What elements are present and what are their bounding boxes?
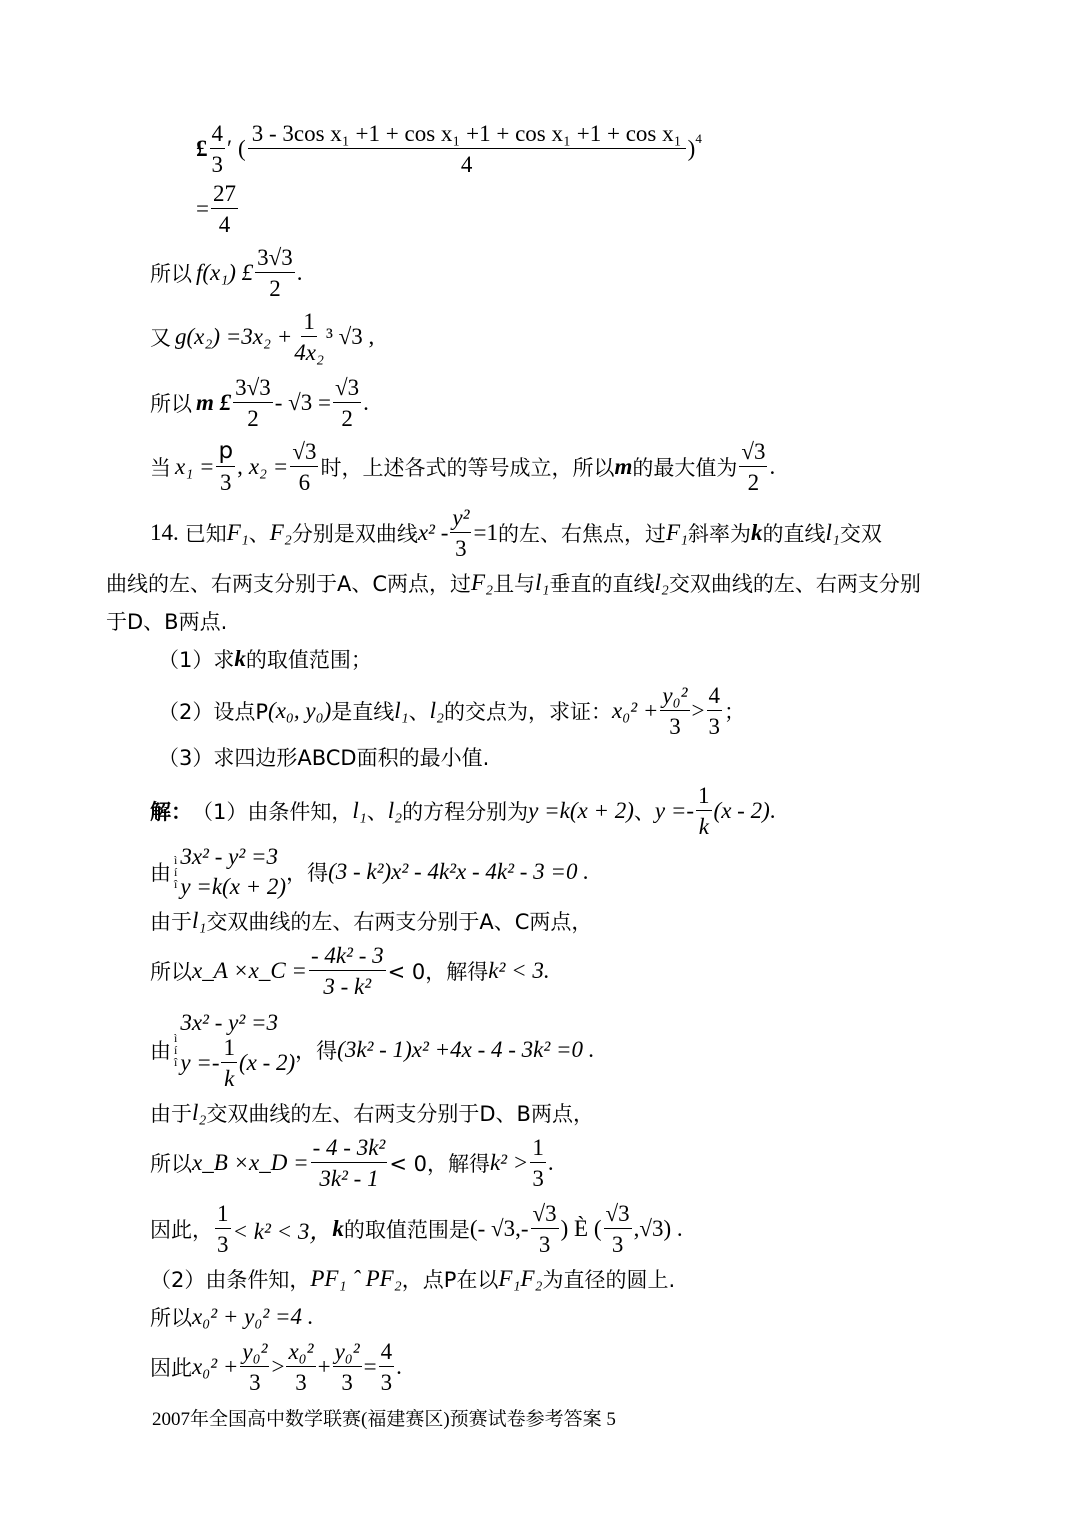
expr: (x - 2) — [714, 798, 770, 824]
inequality-line-1: £ 43 ′ ( 3 - 3cos x₁ +1 + cos x₁ +1 + co… — [196, 122, 702, 176]
m-bound: 所以 m £ 3√32 - √3 = √32 . — [150, 376, 369, 430]
var: F₂ — [471, 570, 493, 596]
expr: y =- — [655, 798, 694, 824]
problem-14-line-2: 曲线的左、右两支分别于A、C两点，过 F₂ 且与 l₁ 垂直的直线 l₂ 交双曲… — [106, 568, 921, 598]
question-3: （3）求四边形ABCD面积的最小值. — [158, 742, 489, 772]
fraction: 3√32 — [233, 376, 273, 430]
text: 且与 — [493, 568, 535, 598]
text: < 0，解得 — [389, 1148, 490, 1178]
close-paren: ) — [688, 136, 696, 162]
plus: + — [318, 1354, 331, 1380]
var: l₂ — [388, 798, 402, 824]
solution-part-1: 解： （1）由条件知， l₁ 、 l₂ 的方程分别为 y =k(x + 2) 、… — [150, 784, 775, 838]
var: l₁ — [192, 908, 206, 934]
text: 的交点为，求证： — [444, 696, 612, 726]
expr: (x₀, y₀) — [268, 698, 331, 724]
text: （3）求四边形ABCD面积的最小值. — [158, 742, 489, 772]
fraction: y²3 — [450, 506, 471, 560]
text: 为直径的圆上. — [543, 1264, 676, 1294]
text: 所以 — [150, 258, 192, 288]
expr: x² - — [418, 520, 449, 546]
fraction: 14x₂ — [294, 310, 324, 364]
expr: ,√3) . — [634, 1216, 683, 1242]
expr: < k² < 3， — [233, 1213, 333, 1246]
var: l₂ — [192, 1100, 206, 1126]
text: 所以 — [150, 1302, 192, 1332]
text: 时，上述各式的等号成立，所以 — [320, 452, 614, 482]
text: 、 — [367, 796, 388, 826]
system-1: 由 ìíî 3x² - y² =3 y =k(x + 2) ，得 (3 - k²… — [150, 842, 589, 902]
text: 、 — [634, 796, 655, 826]
var: l₁ — [826, 520, 840, 546]
text: （2）设点P — [158, 696, 268, 726]
k-range: 因此， 13 < k² < 3， k 的取值范围是 (- √3,- √33 ) … — [150, 1202, 683, 1256]
text: （1）求 — [158, 644, 234, 674]
fraction: - 4 - 3k²3k² - 1 — [311, 1136, 388, 1190]
fraction: 43 — [379, 1340, 395, 1394]
text: ，得 — [286, 857, 328, 887]
period: . — [297, 260, 303, 286]
text: 已知 — [185, 518, 227, 548]
var: l₂ — [430, 698, 444, 724]
expr: (- √3,- — [470, 1216, 529, 1242]
fraction: - 4k² - 33 - k² — [309, 944, 386, 998]
solution-part-2: （2）由条件知， PF₁ ˆ PF₂ ，点P在以 F₁F₂ 为直径的圆上. — [150, 1264, 675, 1294]
text: 所以 — [150, 956, 192, 986]
question-1: （1）求 k 的取值范围； — [158, 644, 372, 674]
expr: f(x₁) £ — [196, 260, 253, 286]
fraction: √32 — [739, 440, 767, 494]
fraction: y₀²3 — [240, 1340, 269, 1394]
expr: k² < 3. — [488, 958, 549, 984]
period: . — [769, 454, 775, 480]
text: 于D、B两点. — [106, 606, 227, 636]
product-bd: 所以 x_B ×x_D = - 4 - 3k²3k² - 1 < 0，解得 k²… — [150, 1136, 554, 1190]
text: 交双曲线的左、右两支分别于D、B两点， — [206, 1098, 594, 1128]
fraction: 43 — [210, 122, 226, 176]
text: 斜率为 — [688, 518, 751, 548]
var: l₁ — [535, 570, 549, 596]
fraction: 3√32 — [255, 246, 295, 300]
fraction: 13 — [530, 1136, 546, 1190]
var: l₂ — [654, 570, 668, 596]
equals-line: = 274 — [196, 182, 240, 236]
var: F₂ — [270, 520, 292, 546]
text: 交双曲线的左、右两支分别于A、C两点， — [206, 906, 592, 936]
fraction: √33 — [531, 1202, 559, 1256]
period: . — [396, 1354, 402, 1380]
text: 因此， — [150, 1214, 213, 1244]
text: 的取值范围； — [246, 644, 372, 674]
text: ； — [724, 696, 745, 726]
text: 因此 — [150, 1352, 192, 1382]
equation-system: 3x² - y² =3 y =k(x + 2) — [180, 842, 286, 902]
text: ，点P在以 — [402, 1264, 499, 1294]
text: 由 — [150, 1035, 171, 1065]
system-2: 由 ìíî 3x² - y² =3 y =- 1k (x - 2) ，得 (3k… — [150, 1010, 595, 1090]
final-inequality: 因此 x₀² + y₀²3 > x₀²3 + y₀²3 = 43 . — [150, 1340, 402, 1394]
comma: , — [237, 454, 243, 480]
var: k — [751, 520, 763, 546]
equality-condition: 当 x₁ = p3 , x₂ = √36 时，上述各式的等号成立，所以 m 的最… — [150, 440, 775, 494]
var: F₁ — [666, 520, 688, 546]
text: 曲线的左、右两支分别于A、C两点，过 — [106, 568, 471, 598]
text: 又 — [150, 322, 171, 352]
fraction: √36 — [290, 440, 318, 494]
open-paren: ( — [238, 136, 246, 162]
text: （1）由条件知， — [192, 796, 352, 826]
text: 由 — [150, 857, 171, 887]
var: l₁ — [352, 798, 366, 824]
leq-symbol: £ — [196, 136, 208, 162]
fraction: x₀²3 — [286, 1340, 315, 1394]
expr: - √3 = — [275, 390, 331, 416]
fraction: 13 — [215, 1202, 231, 1256]
left-brace: ìíî — [174, 1032, 177, 1068]
g-line: 又 g(x₂) =3x₂ + 14x₂ ³ √3 , — [150, 310, 374, 364]
expr: =1 — [473, 520, 497, 546]
expr: x₂ = — [249, 454, 288, 480]
text: 所以 — [150, 1148, 192, 1178]
text: （2）由条件知， — [150, 1264, 310, 1294]
page-footer: 2007年全国高中数学联赛(福建赛区)预赛试卷参考答案 5 — [152, 1404, 616, 1431]
expr: x₁ = — [175, 454, 214, 480]
var: l₁ — [394, 698, 408, 724]
conclusion-f: 所以 f(x₁) £ 3√32 . — [150, 246, 303, 300]
text: 由于 — [150, 906, 192, 936]
text: 由于 — [150, 1098, 192, 1128]
text: 是直线 — [331, 696, 394, 726]
fraction: y₀²3 — [660, 684, 689, 738]
problem-14-statement: 14. 已知 F₁ 、 F₂ 分别是双曲线 x² - y²3 =1 的左、右焦点… — [150, 506, 882, 560]
solution-label: 解： — [150, 796, 192, 826]
text: 分别是双曲线 — [292, 518, 418, 548]
fraction: y₀²3 — [333, 1340, 362, 1394]
solution-line-3: 由于 l₁ 交双曲线的左、右两支分别于A、C两点， — [150, 906, 592, 936]
period: . — [363, 390, 369, 416]
text: 的取值范围是 — [344, 1214, 470, 1244]
expr: x₀² + y₀² =4 . — [192, 1304, 314, 1330]
text: 的左、右焦点，过 — [498, 518, 666, 548]
fraction: p3 — [216, 440, 235, 494]
question-2: （2）设点P (x₀, y₀) 是直线 l₁ 、 l₂ 的交点为，求证： x₀²… — [158, 684, 745, 738]
big-fraction: 3 - 3cos x₁ +1 + cos x₁ +1 + cos x₁ +1 +… — [248, 122, 686, 176]
gt: > — [271, 1354, 284, 1380]
text: 的方程分别为 — [402, 796, 528, 826]
expr: x₀² + — [192, 1354, 238, 1380]
text: < 0，解得 — [388, 956, 489, 986]
text: 当 — [150, 452, 171, 482]
expr: x_B ×x_D = — [192, 1150, 309, 1176]
equation-system: 3x² - y² =3 y =- 1k (x - 2) — [180, 1010, 295, 1090]
text: 所以 — [150, 388, 192, 418]
expr: m £ — [196, 390, 231, 416]
var: m — [614, 454, 632, 480]
expr: (3 - k²)x² - 4k²x - 4k² - 3 =0 . — [328, 859, 589, 885]
fraction: 43 — [707, 684, 723, 738]
var: F₁ — [227, 520, 249, 546]
var: k — [332, 1216, 344, 1242]
times-symbol: ′ — [227, 136, 232, 162]
fraction: 274 — [211, 182, 238, 236]
text: 的最大值为 — [632, 452, 737, 482]
text: 、 — [249, 518, 270, 548]
expr: x_A ×x_C = — [192, 958, 307, 984]
period: . — [770, 798, 776, 824]
expr: PF₁ ˆ PF₂ — [310, 1266, 401, 1292]
text: 、 — [409, 696, 430, 726]
text: 垂直的直线 — [549, 568, 654, 598]
fraction: 1k — [696, 784, 712, 838]
period: . — [548, 1150, 554, 1176]
expr: ³ √3 , — [326, 324, 374, 350]
text: 的直线 — [763, 518, 826, 548]
expr: F₁F₂ — [498, 1266, 542, 1292]
footer-text: 2007年全国高中数学联赛(福建赛区)预赛试卷参考答案 5 — [152, 1404, 616, 1431]
product-ac: 所以 x_A ×x_C = - 4k² - 33 - k² < 0，解得 k² … — [150, 944, 550, 998]
gt: > — [692, 698, 705, 724]
problem-number: 14. — [150, 520, 179, 546]
expr: x₀² + — [612, 698, 658, 724]
circle-equation: 所以 x₀² + y₀² =4 . — [150, 1302, 314, 1332]
equals: = — [196, 196, 209, 222]
expr: ) È ( — [561, 1216, 602, 1242]
text: ，得 — [295, 1035, 337, 1065]
expr: (3k² - 1)x² +4x - 4 - 3k² =0 . — [337, 1037, 594, 1063]
equals: = — [364, 1354, 377, 1380]
fraction: √33 — [604, 1202, 632, 1256]
var: k — [234, 646, 246, 672]
fraction: √32 — [333, 376, 361, 430]
text: 交双曲线的左、右两支分别 — [669, 568, 921, 598]
text: 交双 — [840, 518, 882, 548]
expr: k² > — [490, 1150, 528, 1176]
problem-14-line-3: 于D、B两点. — [106, 606, 227, 636]
solution-line-6: 由于 l₂ 交双曲线的左、右两支分别于D、B两点， — [150, 1098, 594, 1128]
left-brace: ìíî — [174, 854, 177, 890]
expr: g(x₂) =3x₂ + — [175, 324, 292, 350]
exponent: 4 — [695, 131, 702, 147]
expr: y =k(x + 2) — [528, 798, 634, 824]
